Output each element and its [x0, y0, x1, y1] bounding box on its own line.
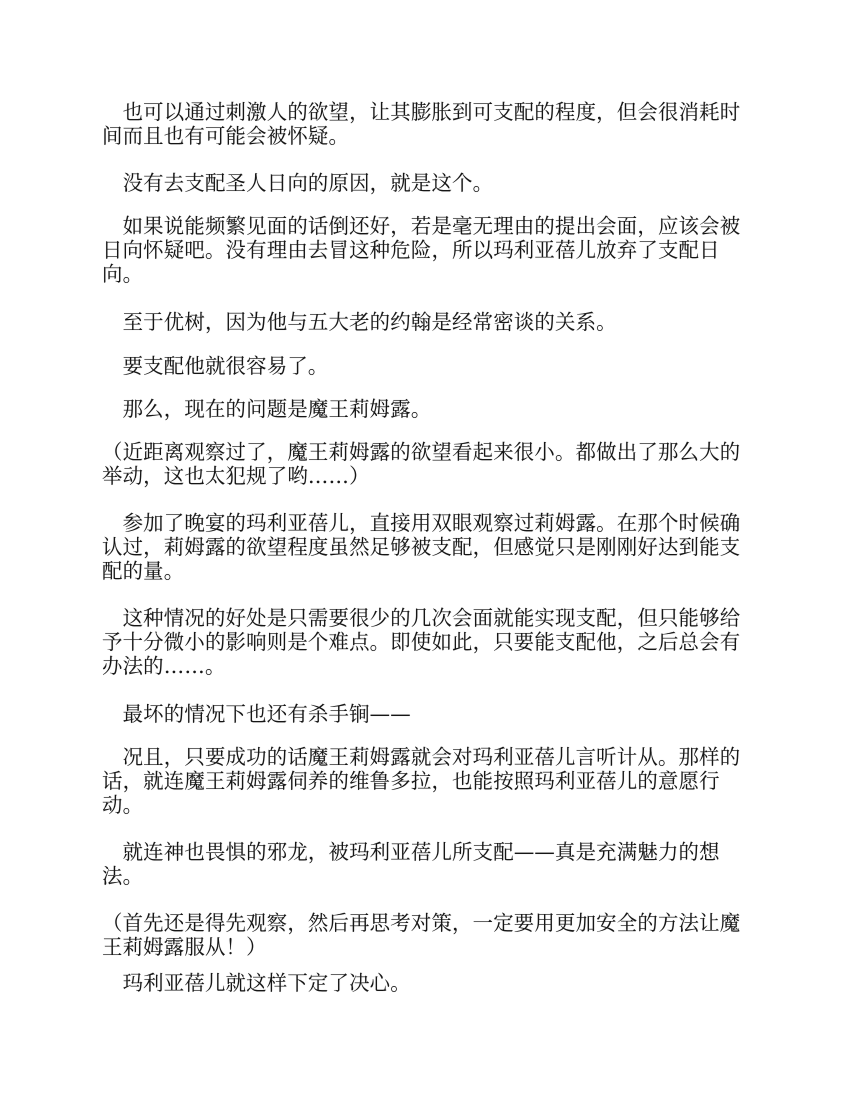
paragraph: 况且，只要成功的话魔王莉姆露就会对玛利亚蓓儿言听计从。那样的话，就连魔王莉姆露伺…: [102, 745, 744, 817]
document-page: 也可以通过刺激人的欲望，让其膨胀到可支配的程度，但会很消耗时间而且也有可能会被怀…: [0, 0, 850, 1100]
paragraph: 那么，现在的问题是魔王莉姆露。: [102, 397, 744, 421]
thought-paragraph: （首先还是得先观察，然后再思考对策，一定要用更加安全的方法让魔王莉姆露服从！）: [102, 911, 744, 959]
paragraph: 没有去支配圣人日向的原因，就是这个。: [102, 171, 744, 195]
paragraph: 如果说能频繁见面的话倒还好，若是毫无理由的提出会面，应该会被日向怀疑吧。没有理由…: [102, 214, 744, 286]
paragraph: 也可以通过刺激人的欲望，让其膨胀到可支配的程度，但会很消耗时间而且也有可能会被怀…: [102, 100, 744, 148]
paragraph: 要支配他就很容易了。: [102, 354, 744, 378]
paragraph: 最坏的情况下也还有杀手锏——: [102, 702, 744, 726]
paragraph: 参加了晚宴的玛利亚蓓儿，直接用双眼观察过莉姆露。在那个时候确认过，莉姆露的欲望程…: [102, 511, 744, 583]
paragraph: 至于优树，因为他与五大老的约翰是经常密谈的关系。: [102, 310, 744, 334]
paragraph: 这种情况的好处是只需要很少的几次会面就能实现支配，但只能够给予十分微小的影响则是…: [102, 606, 744, 678]
paragraph: 玛利亚蓓儿就这样下定了决心。: [102, 971, 744, 995]
thought-paragraph: （近距离观察过了，魔王莉姆露的欲望看起来很小。都做出了那么大的举动，这也太犯规了…: [102, 440, 744, 488]
paragraph: 就连神也畏惧的邪龙，被玛利亚蓓儿所支配——真是充满魅力的想法。: [102, 840, 744, 888]
